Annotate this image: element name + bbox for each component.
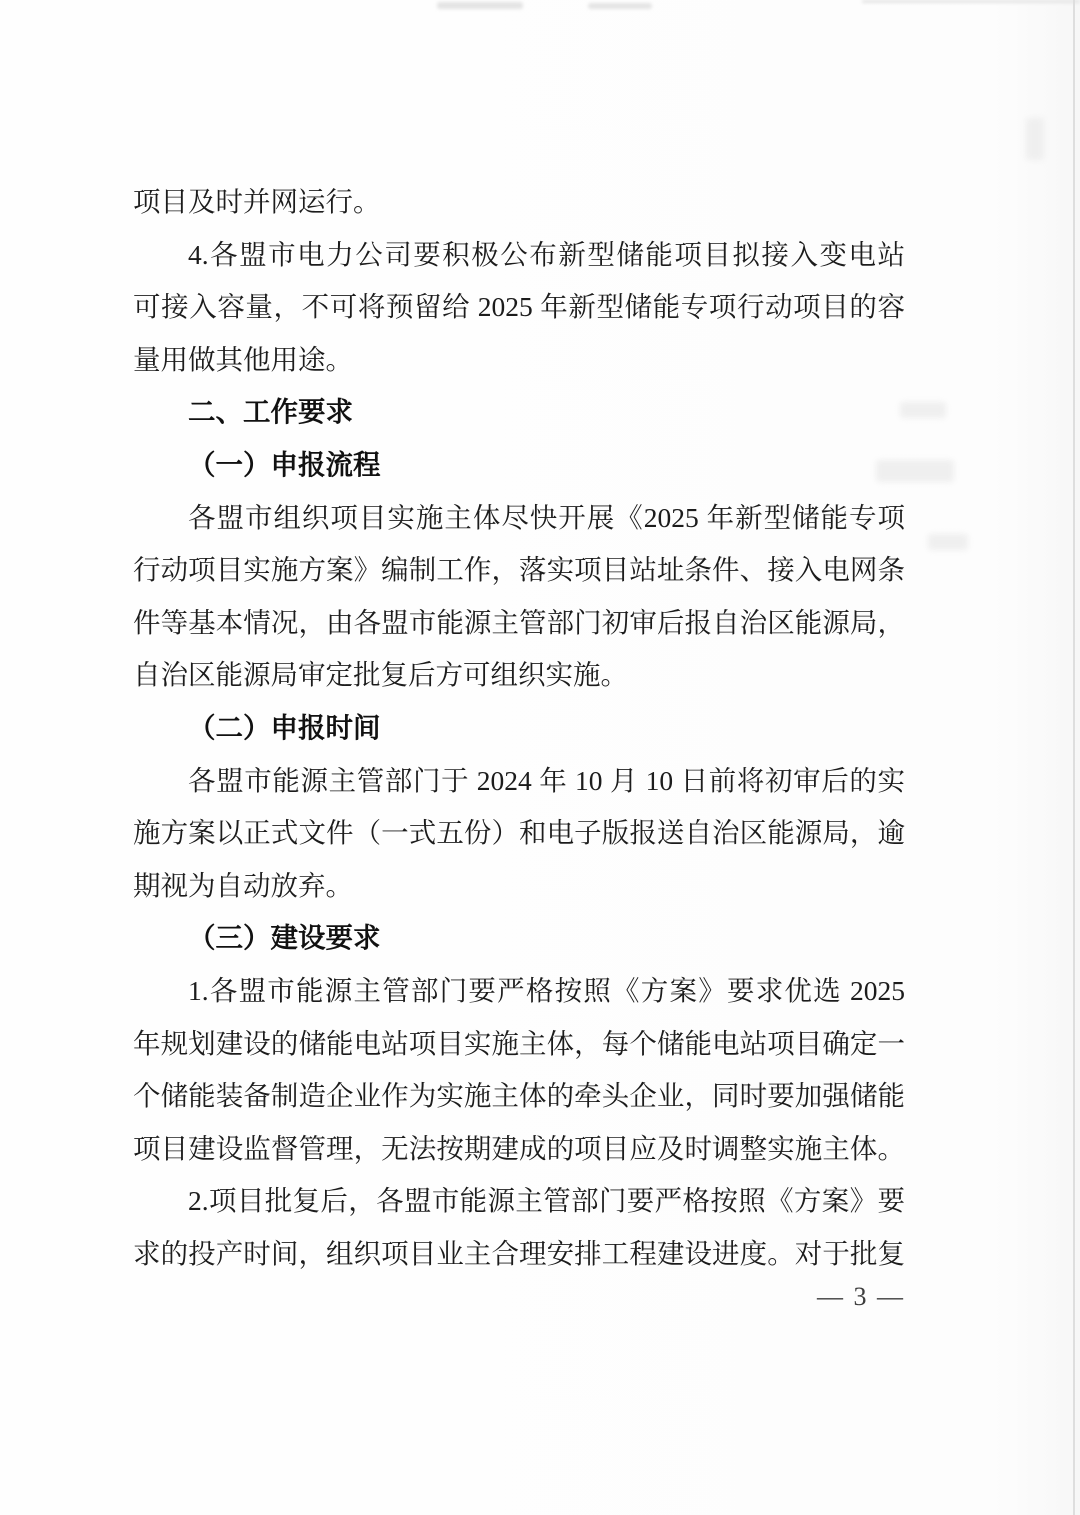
scan-edge-line [1073,0,1075,1515]
scan-artifact-top-middle [588,3,652,9]
text-line: 年规划建设的储能电站项目实施主体，每个储能电站项目确定一 [133,1018,905,1071]
document-page: 项目及时并网运行。4.各盟市电力公司要积极公布新型储能项目拟接入变电站可接入容量… [0,0,1080,1515]
text-line: 可接入容量，不可将预留给 2025 年新型储能专项行动项目的容 [133,281,905,334]
text-line: 项目建设监督管理，无法按期建成的项目应及时调整实施主体。 [133,1123,905,1176]
paragraph: 2.项目批复后，各盟市能源主管部门要严格按照《方案》要求的投产时间，组织项目业主… [133,1175,905,1280]
text-line: 量用做其他用途。 [133,334,905,387]
text-line: 二、工作要求 [133,386,905,439]
text-line: 各盟市组织项目实施主体尽快开展《2025 年新型储能专项 [133,492,905,545]
text-line: 1.各盟市能源主管部门要严格按照《方案》要求优选 2025 [133,965,905,1018]
paragraph: 1.各盟市能源主管部门要严格按照《方案》要求优选 2025年规划建设的储能电站项… [133,965,905,1175]
text-line: 项目及时并网运行。 [133,176,905,229]
paragraph: 各盟市组织项目实施主体尽快开展《2025 年新型储能专项行动项目实施方案》编制工… [133,492,905,702]
paragraph: 项目及时并网运行。 [133,176,905,229]
scan-smudge [900,402,946,418]
scan-artifact-top-left [437,2,523,9]
scan-smudge [1026,118,1044,160]
text-line: 个储能装备制造企业作为实施主体的牵头企业，同时要加强储能 [133,1070,905,1123]
text-line: 2.项目批复后，各盟市能源主管部门要严格按照《方案》要 [133,1175,905,1228]
text-line: 4.各盟市电力公司要积极公布新型储能项目拟接入变电站 [133,229,905,282]
text-line: 自治区能源局审定批复后方可组织实施。 [133,649,905,702]
text-line: 行动项目实施方案》编制工作，落实项目站址条件、接入电网条 [133,544,905,597]
text-line: （三）建设要求 [133,912,905,965]
text-line: （二）申报时间 [133,702,905,755]
scan-smudge [928,534,968,550]
text-line: （一）申报流程 [133,439,905,492]
page-number: — 3 — [133,1272,905,1322]
text-line: 期视为自动放弃。 [133,860,905,913]
document-body: 项目及时并网运行。4.各盟市电力公司要积极公布新型储能项目拟接入变电站可接入容量… [133,176,905,1280]
paragraph: 4.各盟市电力公司要积极公布新型储能项目拟接入变电站可接入容量，不可将预留给 2… [133,229,905,387]
section-heading: （二）申报时间 [133,702,905,755]
section-heading: （一）申报流程 [133,439,905,492]
scan-artifact-top-right [862,0,1080,3]
section-heading: （三）建设要求 [133,912,905,965]
text-line: 施方案以正式文件（一式五份）和电子版报送自治区能源局，逾 [133,807,905,860]
text-line: 件等基本情况，由各盟市能源主管部门初审后报自治区能源局， [133,597,905,650]
paragraph: 各盟市能源主管部门于 2024 年 10 月 10 日前将初审后的实施方案以正式… [133,755,905,913]
section-heading: 二、工作要求 [133,386,905,439]
text-line: 各盟市能源主管部门于 2024 年 10 月 10 日前将初审后的实 [133,755,905,808]
